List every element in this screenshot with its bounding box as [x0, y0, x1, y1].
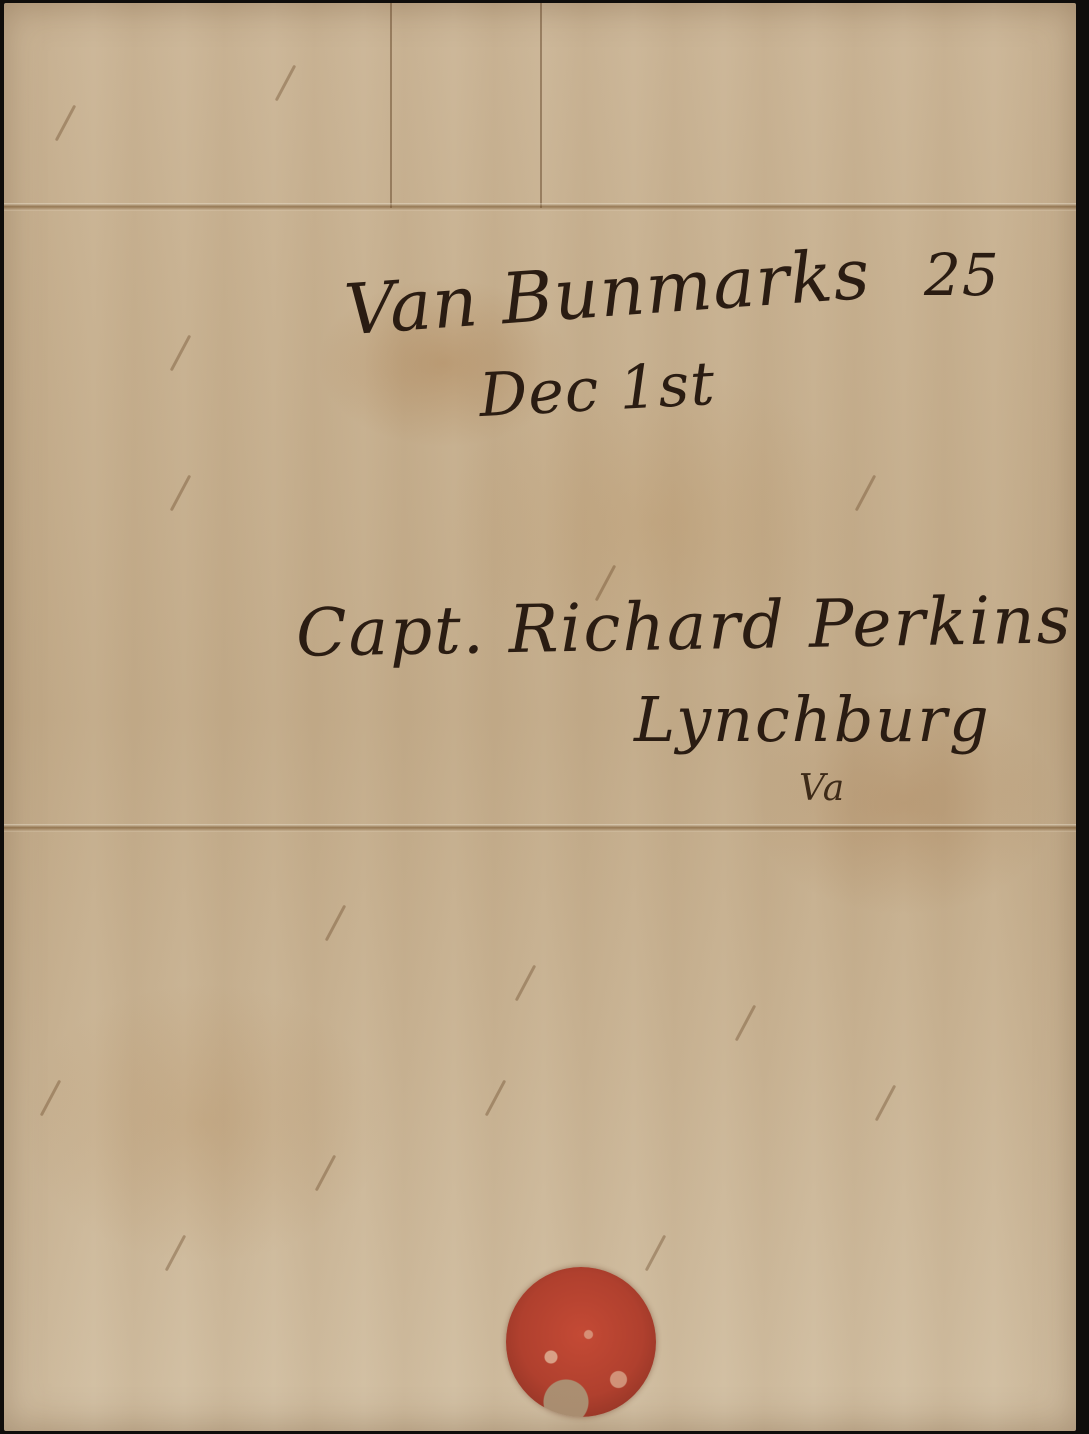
- letter-sheet: Van Bunmarks 25 Dec 1st Capt. Richard Pe…: [4, 3, 1076, 1431]
- fold-line-top: [4, 203, 1076, 211]
- ink-bleed: [515, 965, 536, 1002]
- ink-bleed: [315, 1155, 336, 1192]
- paper-crease: [540, 3, 542, 208]
- ink-bleed: [735, 1005, 756, 1042]
- wax-seal: [506, 1267, 656, 1417]
- ink-bleed: [170, 475, 191, 512]
- recipient-city: Lynchburg: [634, 683, 991, 756]
- ink-bleed: [645, 1235, 666, 1272]
- ink-bleed: [485, 1080, 506, 1117]
- sender-docket: Van Bunmarks: [342, 233, 873, 352]
- ink-bleed: [275, 65, 296, 102]
- recipient-name: Capt. Richard Perkins: [295, 581, 1073, 672]
- ink-bleed: [855, 475, 876, 512]
- ink-bleed: [55, 105, 76, 142]
- fold-line-bottom: [4, 824, 1076, 832]
- postage-rate: 25: [924, 241, 1000, 309]
- ink-bleed: [170, 335, 191, 372]
- ink-bleed: [165, 1235, 186, 1272]
- date-docket: Dec 1st: [477, 349, 717, 431]
- recipient-state: Va: [799, 768, 845, 809]
- paper-crease: [390, 3, 392, 208]
- ink-bleed: [325, 905, 346, 942]
- ink-bleed: [875, 1085, 896, 1122]
- ink-bleed: [40, 1080, 61, 1117]
